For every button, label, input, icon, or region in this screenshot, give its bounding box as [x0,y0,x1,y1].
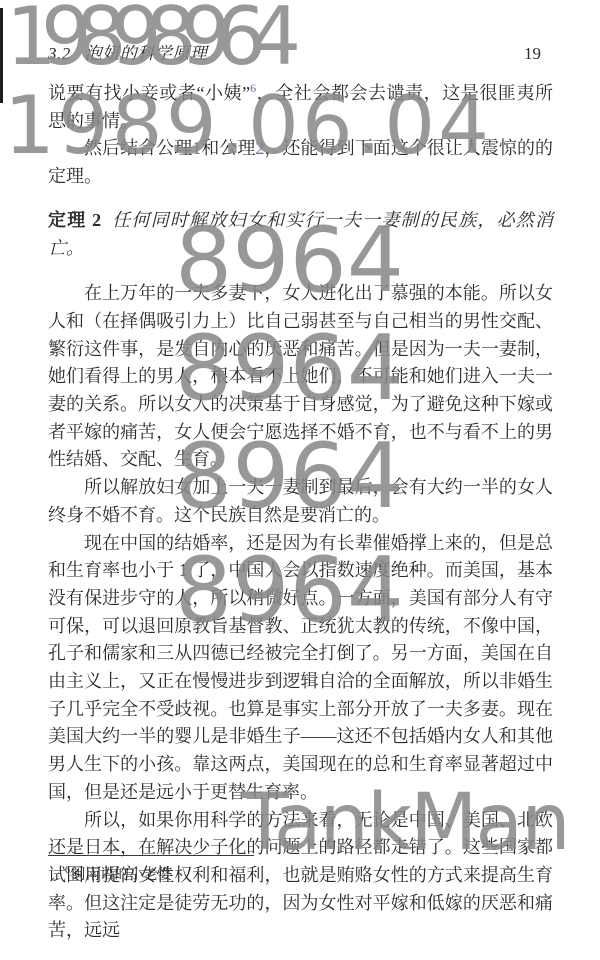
page-number: 19 [524,44,541,64]
theorem-statement: 任何同时解放妇女和实行一夫一妻制的民族，必然消亡。 [48,210,553,258]
section-number: 3.2 [48,44,71,63]
paragraph-continuation: 说要有找小妾或者“小姨”6，全社会都会去谴责，这是很匪夷所思的事情。 [48,80,553,135]
paragraph-text: 和公理 [201,138,255,158]
scan-edge-artifact [0,8,3,103]
paragraph: 然后结合公理1和公理2，还能得到下面这个很让人震惊的的定理。 [48,135,553,190]
footnote-marker: 6 [65,865,70,876]
footnote-text: 闽南语的小老婆 [71,867,173,883]
section-title: 泡妞的科学原理 [85,44,208,63]
footnote-rule [48,855,254,856]
axiom-1-link[interactable]: 1 [192,138,201,158]
footnote: 6闽南语的小老婆 [48,863,545,884]
document-page: 3.2泡妞的科学原理 19 说要有找小妾或者“小姨”6，全社会都会去谴责，这是很… [0,0,600,960]
section-heading: 3.2泡妞的科学原理 [48,39,207,64]
paragraph-text: 说要有找小妾或者“小姨” [48,83,250,103]
paragraph: 在上万年的一夫多妻下，女人进化出了慕强的本能。所以女人和（在择偶吸引力上）比自己… [48,280,553,474]
theorem-label: 定理 2 [48,210,101,230]
paragraph: 所以解放妇女加上一夫一妻制到最后，会有大约一半的女人终身不婚不育。这个民族自然是… [48,474,553,529]
theorem-block: 定理 2任何同时解放妇女和实行一夫一妻制的民族，必然消亡。 [48,207,553,262]
paragraph-text: 然后结合公理 [84,138,192,158]
running-header: 3.2泡妞的科学原理 19 [48,39,541,64]
body-text: 说要有找小妾或者“小姨”6，全社会都会去谴责，这是很匪夷所思的事情。 然后结合公… [48,80,553,945]
paragraph: 现在中国的结婚率，还是因为有长辈催婚撑上来的，但是总和生育率也小于 1 了，中国… [48,530,553,807]
